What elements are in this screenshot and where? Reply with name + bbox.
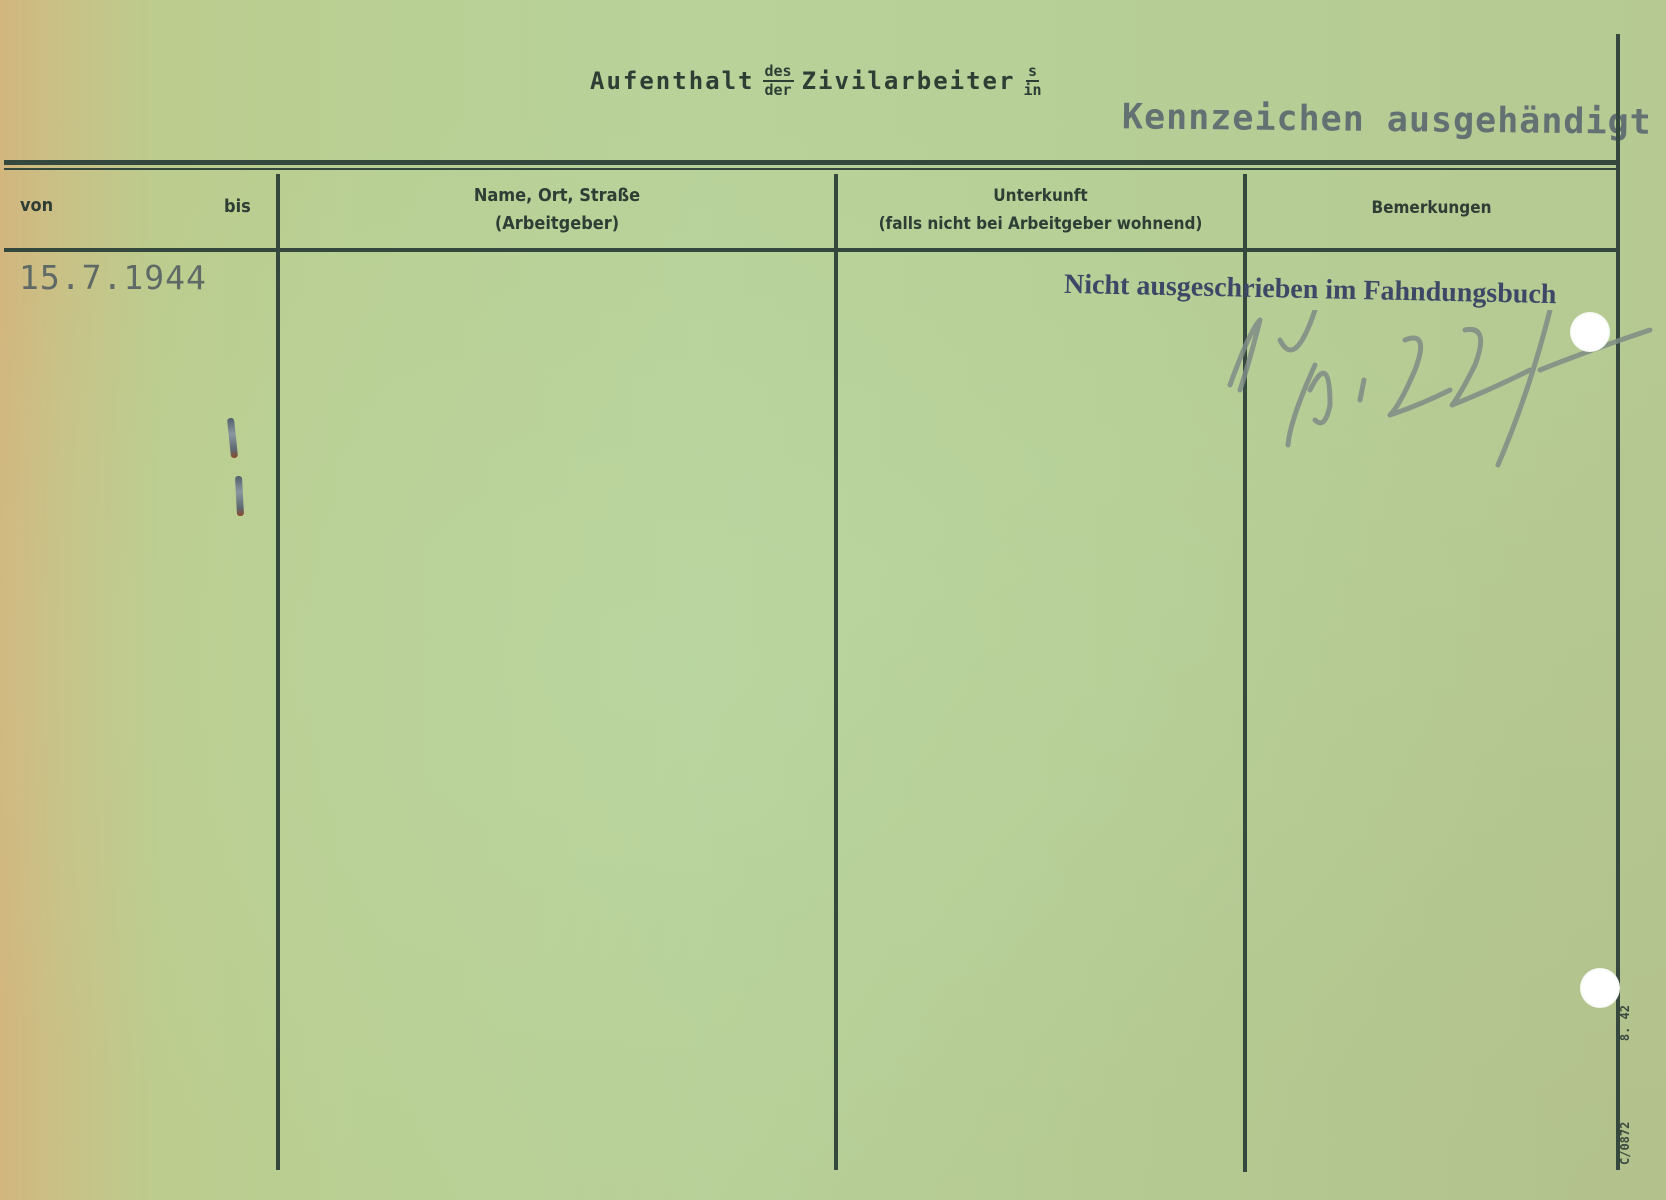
header-name-line1: Name, Ort, Straße xyxy=(280,182,834,210)
header-name-ort-strasse: Name, Ort, Straße (Arbeitgeber) xyxy=(280,182,834,238)
title-suffix-fraction: s in xyxy=(1023,63,1041,99)
title-article-bottom: der xyxy=(765,82,792,99)
title-main: Aufenthalt xyxy=(590,67,755,95)
header-bemerkungen: Bemerkungen xyxy=(1247,194,1616,222)
entry-von-date: 15.7.1944 xyxy=(19,258,207,297)
title-suffix-top: s xyxy=(1026,63,1039,82)
stamp-kennzeichen: Kennzeichen ausgehändigt xyxy=(1122,97,1652,143)
punch-hole-top xyxy=(1570,312,1610,352)
column-divider-2 xyxy=(834,174,838,1170)
form-code-date: 8. 42 xyxy=(1618,1005,1642,1041)
stamp-fahndungsbuch: Nicht ausgeschrieben im Fahndungsbuch xyxy=(1064,269,1557,311)
top-double-rule-thin xyxy=(4,168,1616,170)
header-name-line2: (Arbeitgeber) xyxy=(280,210,834,238)
header-bis: bis xyxy=(224,193,251,221)
header-bottom-rule xyxy=(4,248,1616,252)
form-code-number: C/0872 xyxy=(1618,1122,1642,1165)
header-von: von xyxy=(20,192,53,220)
title-suffix-bottom: in xyxy=(1023,82,1041,99)
staple-top xyxy=(227,418,238,459)
staple-bottom xyxy=(235,476,244,516)
title-noun: Zivilarbeiter xyxy=(802,67,1016,95)
title-article-fraction: des der xyxy=(763,63,794,99)
column-divider-1 xyxy=(276,174,280,1170)
top-double-rule-thick xyxy=(4,160,1616,165)
form-code: C/0872 8. 42 xyxy=(1618,1005,1642,1165)
form-title: Aufenthalt des der Zivilarbeiter s in xyxy=(590,56,1042,106)
punch-hole-bottom xyxy=(1580,968,1620,1008)
right-border-rule xyxy=(1616,34,1620,1170)
paper-background xyxy=(0,0,1666,1200)
header-unterkunft-line1: Unterkunft xyxy=(838,182,1243,210)
header-unterkunft-line2: (falls nicht bei Arbeitgeber wohnend) xyxy=(838,210,1243,238)
header-unterkunft: Unterkunft (falls nicht bei Arbeitgeber … xyxy=(838,182,1243,238)
title-article-top: des xyxy=(763,63,794,82)
